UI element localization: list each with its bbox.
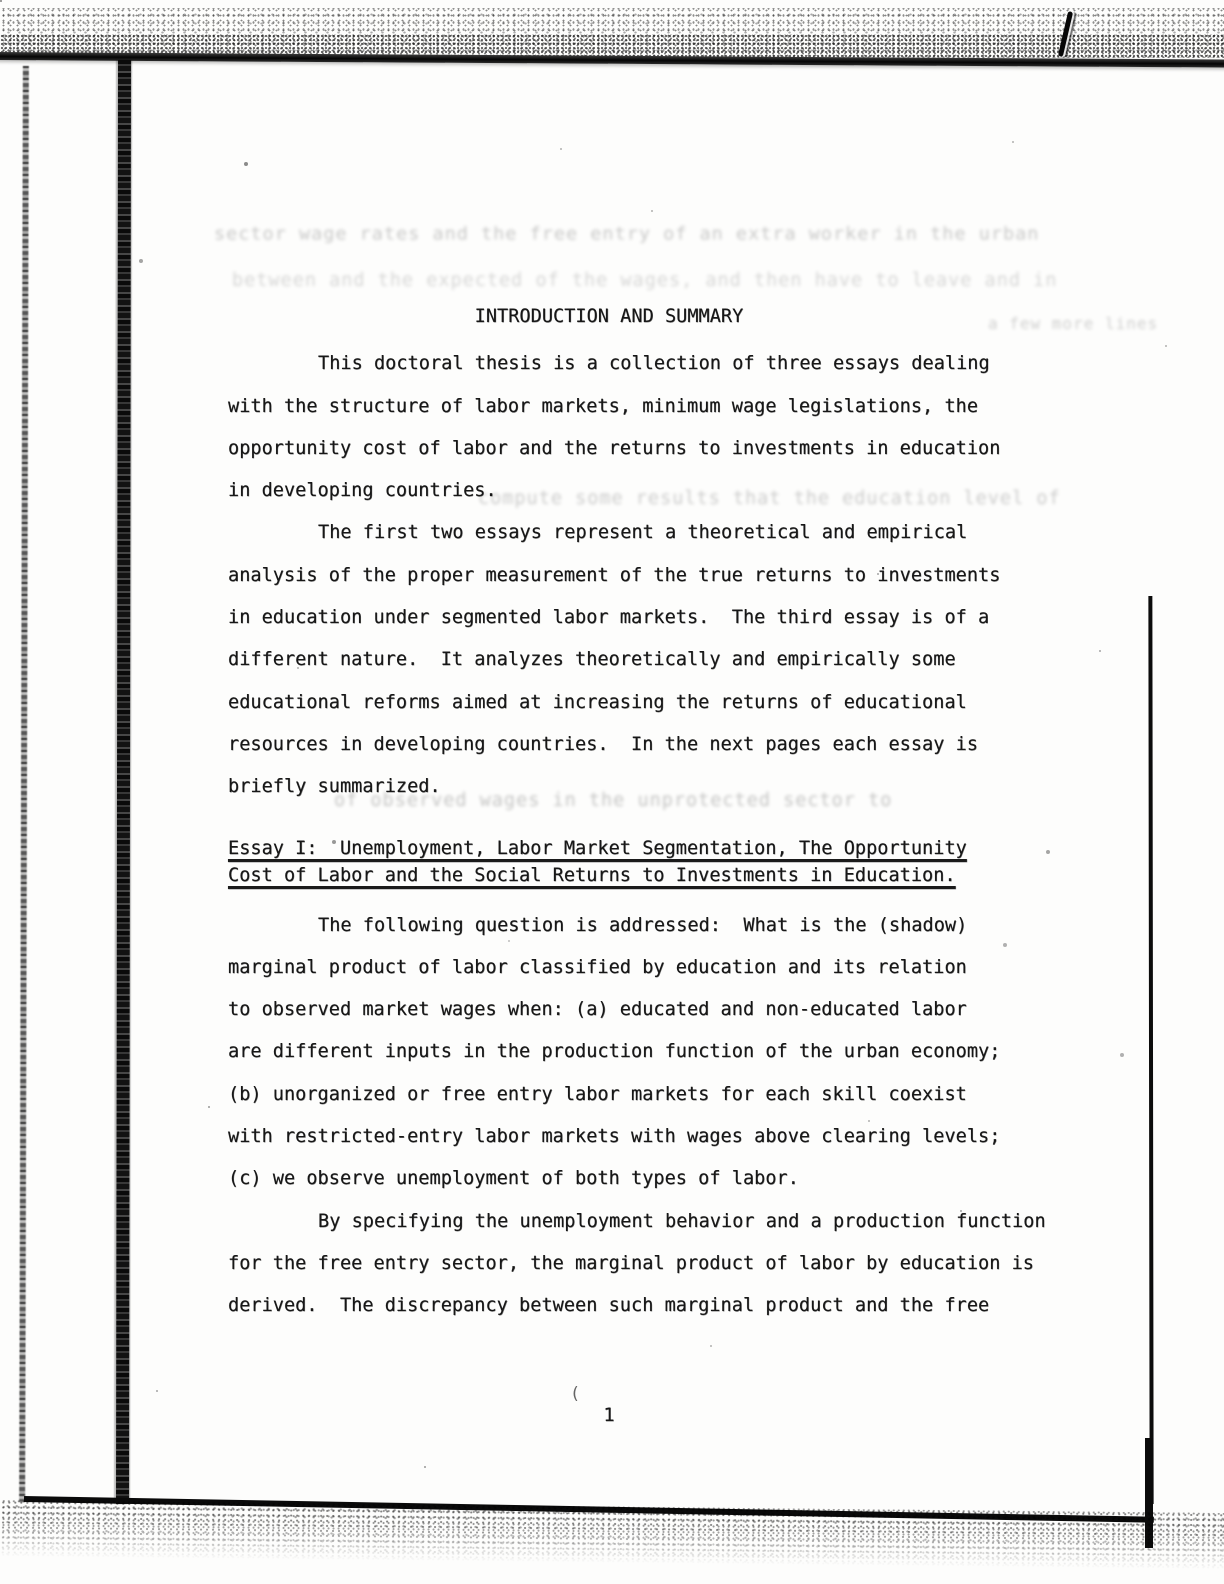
text-line: in developing countries. (228, 470, 990, 512)
text-line: different nature. It analyzes theoretica… (228, 639, 990, 681)
scan-speck-dots (0, 0, 2, 2)
heading-line: Essay I: Unemployment, Labor Market Segm… (228, 835, 990, 863)
essay-1-heading: Essay I: Unemployment, Labor Market Segm… (228, 835, 990, 890)
text-line: By specifying the unemployment behavior … (228, 1201, 990, 1243)
scan-binding-band-left (116, 60, 131, 1504)
text-line: with restricted-entry labor markets with… (228, 1116, 990, 1158)
scan-noise-band-bottom (0, 1500, 1224, 1573)
bleedthrough-text: between and the expected of the wages, a… (232, 270, 1057, 291)
text-line: This doctoral thesis is a collection of … (228, 343, 990, 385)
text-line: for the free entry sector, the marginal … (228, 1243, 990, 1285)
text-line: The first two essays represent a theoret… (228, 512, 990, 554)
text-line: resources in developing countries. In th… (228, 724, 990, 766)
heading-line: Cost of Labor and the Social Returns to … (228, 862, 990, 890)
scanned-thesis-page: sector wage rates and the free entry of … (0, 0, 1224, 1584)
paragraph-3: The following question is addressed: Wha… (228, 905, 990, 1201)
bleedthrough-text: a few more lines (988, 314, 1158, 333)
text-line: derived. The discrepancy between such ma… (228, 1285, 990, 1327)
text-line: (c) we observe unemployment of both type… (228, 1158, 990, 1200)
page-title: INTRODUCTION AND SUMMARY (228, 296, 990, 338)
text-line: in education under segmented labor marke… (228, 597, 990, 639)
paragraph-1: This doctoral thesis is a collection of … (228, 343, 990, 512)
stray-paren-mark: ( (570, 1384, 580, 1404)
text-line: briefly summarized. (228, 766, 990, 808)
text-line: The following question is addressed: Wha… (228, 905, 990, 947)
page-number: 1 (228, 1404, 990, 1426)
text-line: opportunity cost of labor and the return… (228, 428, 990, 470)
text-line: marginal product of labor classified by … (228, 947, 990, 989)
text-line: are different inputs in the production f… (228, 1031, 990, 1073)
scan-edge-left-outer (19, 66, 29, 1502)
text-line: to observed market wages when: (a) educa… (228, 989, 990, 1031)
bleedthrough-text: sector wage rates and the free entry of … (214, 225, 1039, 245)
paragraph-2: The first two essays represent a theoret… (228, 512, 990, 808)
text-line: with the structure of labor markets, min… (228, 386, 990, 428)
scan-edge-right (1148, 596, 1153, 1504)
text-line: analysis of the proper measurement of th… (228, 555, 990, 597)
text-line: educational reforms aimed at increasing … (228, 682, 990, 724)
paragraph-4: By specifying the unemployment behavior … (228, 1201, 990, 1328)
page-body: INTRODUCTION AND SUMMARY This doctoral t… (228, 296, 990, 1328)
text-line: (b) unorganized or free entry labor mark… (228, 1074, 990, 1116)
